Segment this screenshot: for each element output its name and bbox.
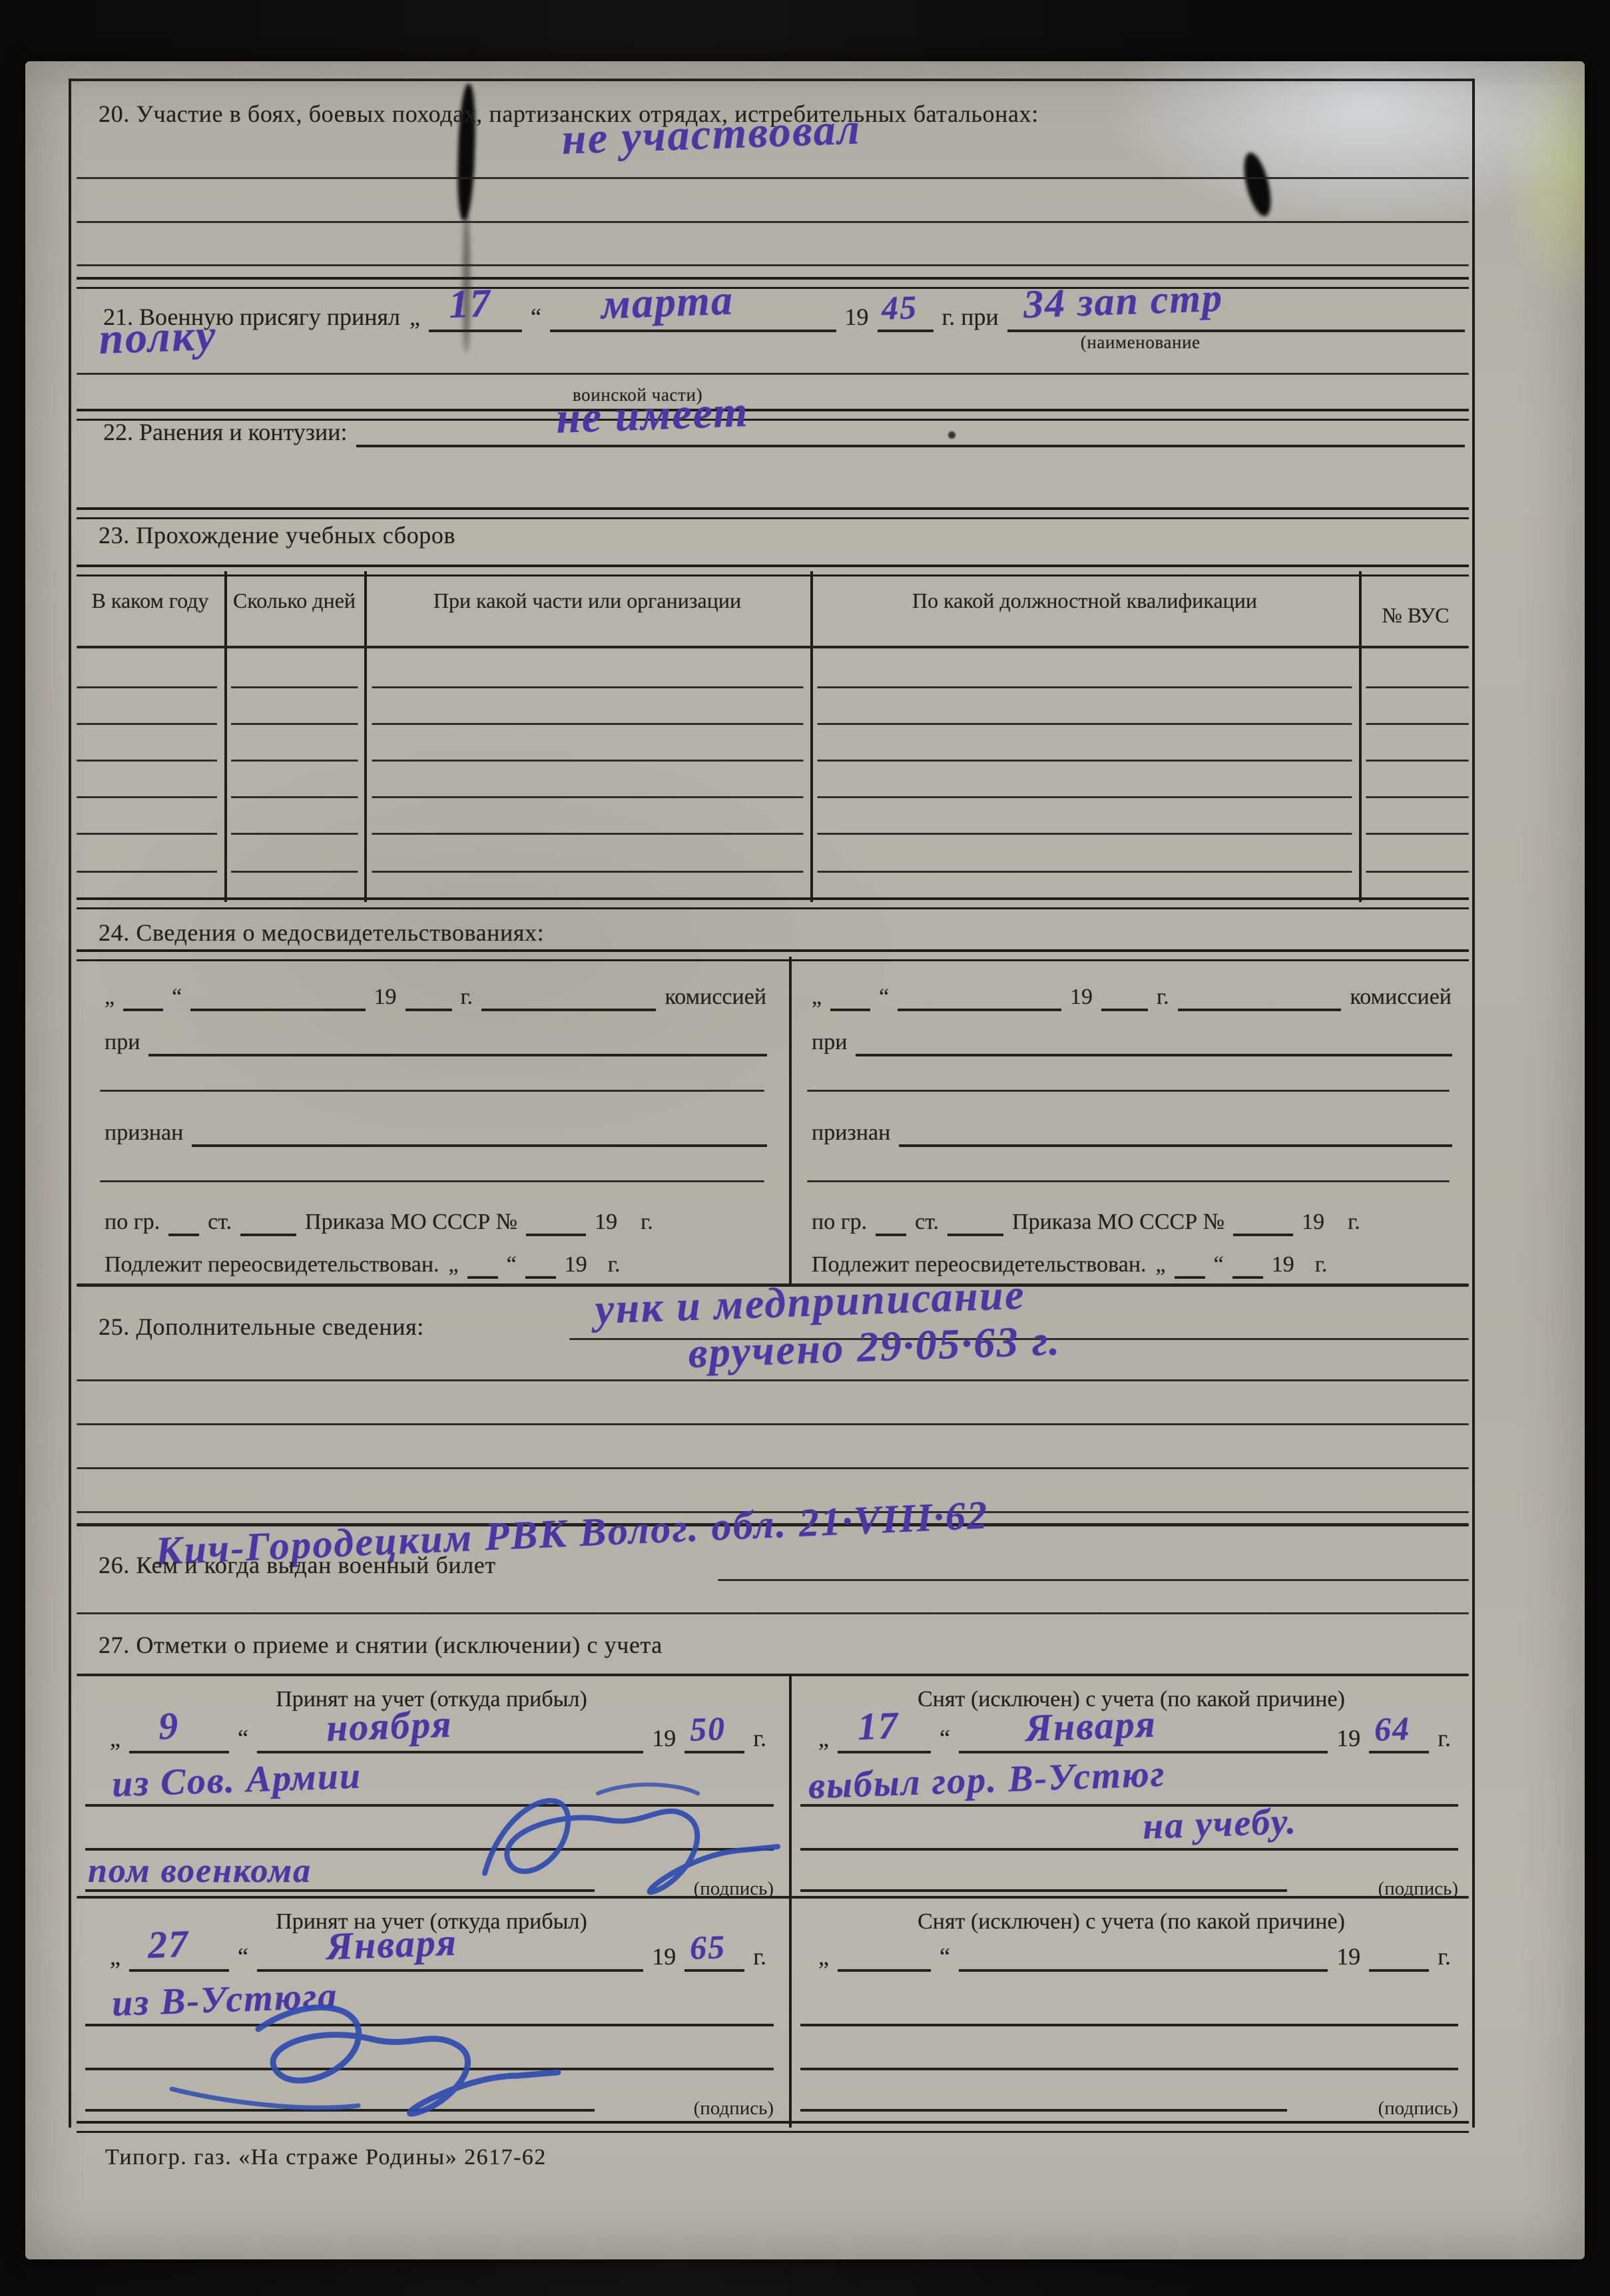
po-gr-label: по гр. [812, 1210, 867, 1236]
st-label: ст. [208, 1210, 232, 1236]
blank-line: не имеет [356, 438, 1465, 447]
blank [1178, 1002, 1342, 1011]
section-divider [77, 277, 1469, 289]
table-row-line [77, 833, 1469, 835]
blank-year: 45 [878, 323, 934, 332]
blank-month: марта [550, 323, 836, 332]
blank-month: ноября [257, 1744, 643, 1753]
year-prefix: 19 [1272, 1252, 1294, 1279]
quote-open: „ [818, 1943, 829, 1972]
g-label: г. [753, 1943, 766, 1972]
blank-month [959, 1962, 1328, 1972]
blank-day: 17 [838, 1744, 931, 1753]
handwritten-year: 45 [881, 288, 918, 328]
med-row-prikaz: по гр.ст.Приказа МО СССР №19г. [807, 1210, 1456, 1236]
quote-close: “ [939, 1943, 950, 1972]
table-top-border [77, 1674, 1469, 1676]
ruled-line [77, 1423, 1469, 1425]
col-header-vus: № ВУС [1361, 600, 1470, 630]
field-22-label: 22. Ранения и контузии: [103, 418, 348, 447]
field-20-handwriting: не участвовал [561, 104, 862, 165]
quote-close: “ [238, 1724, 248, 1753]
date-row: „ 9 “ ноября 19 50 г. [105, 1724, 771, 1753]
table-column-divider [810, 571, 813, 902]
year-prefix: 19 [374, 985, 397, 1011]
quote-close: “ [238, 1943, 248, 1972]
accept-cell-1965: Принят на учет (откуда прибыл) „ 27 “ Ян… [85, 1903, 778, 2117]
prikaz-label: Приказа МО СССР № [305, 1210, 517, 1236]
blank [405, 1002, 452, 1011]
table-center-divider [789, 1674, 792, 2128]
ruled-line [718, 1579, 1469, 1581]
blank [467, 1269, 498, 1279]
from-line: из В-Устюга [85, 1984, 774, 2026]
field-25-label: 25. Дополнительные сведения: [99, 1313, 424, 1341]
po-gr-label: по гр. [105, 1210, 160, 1236]
blank-line [807, 1180, 1450, 1182]
blank [898, 1002, 1061, 1011]
blank [240, 1227, 296, 1236]
komissiei-label: комиссией [665, 985, 766, 1011]
year-prefix: 19 [1336, 1724, 1360, 1753]
med-row-pri: при [807, 1030, 1456, 1056]
ruled-line [77, 1612, 1469, 1614]
g-label: г. [1438, 1724, 1451, 1753]
table-column-divider [224, 571, 227, 902]
quote-close: “ [172, 985, 182, 1011]
field-21-handwriting-2: полку [98, 310, 218, 365]
year-prefix: 19 [565, 1252, 587, 1279]
g-label: г. [461, 985, 473, 1011]
field-23-label: 23. Прохождение учебных сборов [99, 521, 455, 549]
blank [148, 1047, 767, 1056]
year-prefix: 19 [595, 1210, 617, 1236]
handwritten-day: 17 [448, 280, 492, 328]
table-bottom-border [77, 2121, 1469, 2133]
blank-year: 64 [1369, 1744, 1429, 1753]
handwritten-month: Января [326, 1920, 458, 1969]
g-label: г. [641, 1210, 653, 1236]
cell-header: Снят (исключен) с учета (по какой причин… [800, 1909, 1462, 1935]
form-border-right [1472, 79, 1475, 2128]
blank-year [1369, 1962, 1429, 1972]
field-24-label: 24. Сведения о медосвидетельствованиях: [99, 919, 544, 947]
blank-line [807, 1090, 1450, 1092]
g-label: г. [1157, 985, 1169, 1011]
year-prefix: 19 [1336, 1943, 1360, 1972]
med-row-pri: при [100, 1030, 771, 1056]
year-prefix: 19 [845, 303, 869, 332]
blank-unit: 34 зап стр (наименование [1007, 323, 1465, 332]
quote-close: “ [1214, 1252, 1224, 1279]
blank-month: Января [257, 1962, 643, 1972]
date-row: „ “ 19 г. [814, 1943, 1456, 1972]
year-prefix: 19 [652, 1724, 676, 1753]
table-row-line [77, 796, 1469, 798]
field-21-row: 21. Военную присягу принял „ 17 “ марта … [99, 303, 1469, 332]
ruled-line [77, 373, 1469, 375]
form-border-top [69, 79, 1475, 81]
handwritten-year: 65 [689, 1927, 726, 1967]
handwritten-day: 9 [158, 1703, 180, 1748]
signature-line [85, 1889, 595, 1892]
blank [481, 1002, 656, 1011]
med-row-date: „“19г.комиссией [100, 985, 771, 1011]
year-prefix: 19 [1070, 985, 1093, 1011]
handwritten-month: Января [1025, 1702, 1157, 1751]
ruled-line [77, 177, 1469, 179]
blank [525, 1269, 556, 1279]
blank-year: 65 [684, 1962, 744, 1972]
handwritten-reason: выбыл гор. В-Устюг [808, 1753, 1166, 1808]
blank [856, 1047, 1452, 1056]
priznan-label: признан [812, 1120, 890, 1147]
blank [526, 1227, 586, 1236]
podpis-label: (подпись) [694, 1878, 774, 1900]
quote-open: „ [409, 303, 420, 332]
quote-close: “ [939, 1724, 950, 1753]
med-row-prikaz: по гр.ст.Приказа МО СССР №19г. [100, 1210, 771, 1236]
ruled-line [77, 264, 1469, 266]
blank [899, 1138, 1452, 1147]
podpis-label: (подпись) [694, 2098, 774, 2120]
g-label: г. [753, 1724, 766, 1753]
quote-open: „ [818, 1724, 829, 1753]
table-bottom-border [77, 897, 1469, 909]
blank-line [100, 1180, 764, 1182]
blank [123, 1002, 163, 1011]
blank-line [100, 1090, 764, 1092]
med-row-date: „“19г.комиссией [807, 985, 1456, 1011]
priznan-label: признан [105, 1120, 183, 1147]
handwritten-month: марта [601, 276, 734, 330]
handwritten-day: 27 [147, 1921, 190, 1967]
section-divider [77, 507, 1469, 519]
blank-line [85, 2028, 774, 2070]
blank [168, 1227, 199, 1236]
med-row-podlezhit: Подлежит переосвидетельствован.„“19г. [100, 1252, 771, 1279]
ruled-line [77, 221, 1469, 223]
g-label: г. [608, 1252, 621, 1279]
handwritten-year: 50 [689, 1709, 726, 1749]
col-header-year: В каком году [79, 586, 222, 616]
signature-row: пом военкома (подпись) [85, 1851, 774, 1892]
col-header-unit: При какой части или организации [368, 586, 807, 616]
blank [192, 1138, 767, 1147]
podpis-label: (подпись) [1378, 1878, 1458, 1900]
quote-open: „ [449, 1252, 459, 1279]
quote-open: „ [110, 1943, 121, 1972]
blank-year: 50 [684, 1744, 744, 1753]
quote-close: “ [531, 303, 541, 332]
table-row-line [77, 871, 1469, 873]
blank-day: 27 [129, 1962, 229, 1972]
quote-open: „ [812, 985, 822, 1011]
form-border-left [69, 79, 71, 2128]
signature-line [800, 2109, 1287, 2112]
podlezhit-label: Подлежит переосвидетельствован. [105, 1252, 439, 1279]
blank [190, 1002, 365, 1011]
blank [1232, 1269, 1263, 1279]
pri-label: при [105, 1030, 140, 1056]
handwritten-year: 64 [1374, 1709, 1411, 1749]
table-row-line [77, 760, 1469, 762]
med-row-priznan: признан [807, 1120, 1456, 1147]
year-prefix: 19 [652, 1943, 676, 1972]
col-header-days: Сколько дней [228, 586, 361, 616]
prikaz-label: Приказа МО СССР № [1012, 1210, 1224, 1236]
handwritten-signer-title: пом военкома [88, 1851, 312, 1891]
remove-cell-1964: Снят (исключен) с учета (по какой причин… [800, 1680, 1462, 1895]
table-column-divider [364, 571, 367, 902]
podpis-label: (подпись) [1378, 2098, 1458, 2120]
date-row: „ 17 “ Января 19 64 г. [814, 1724, 1456, 1753]
blank-line [800, 1984, 1458, 2026]
handwritten-month: ноября [326, 1702, 453, 1751]
table-top-border [77, 565, 1469, 576]
from-line: из Сов. Армии [85, 1764, 774, 1807]
col-header-qualification: По какой должностной квалификации [814, 586, 1356, 616]
blank-day: 17 [429, 323, 522, 332]
g-pri-label: г. при [942, 303, 999, 332]
handwritten-unit: 34 зап стр [1023, 275, 1224, 328]
g-label: г. [1315, 1252, 1328, 1279]
print-shop-footer: Типогр. газ. «На страже Родины» 2617-62 [105, 2145, 547, 2170]
blank-line [85, 1808, 774, 1851]
field-27-label: 27. Отметки о приеме и снятии (исключени… [99, 1631, 663, 1659]
year-prefix: 19 [1302, 1210, 1324, 1236]
handwritten-reason-2: на учебу. [1142, 1800, 1298, 1848]
table-header-border [77, 646, 1469, 648]
blank-day: 9 [129, 1744, 229, 1753]
handwritten-origin: из Сов. Армии [111, 1754, 362, 1805]
st-label: ст. [915, 1210, 939, 1236]
signature-row: (подпись) [85, 2070, 774, 2112]
section-divider [77, 949, 1469, 961]
signature-row: (подпись) [800, 1851, 1458, 1892]
date-row: „ 27 “ Января 19 65 г. [105, 1943, 771, 1972]
note-naimenovanie: (наименование [1081, 332, 1201, 353]
med-center-divider [789, 957, 792, 1285]
blank [1233, 1227, 1293, 1236]
signature-line [85, 2109, 595, 2112]
quote-open: „ [110, 1724, 121, 1753]
quote-open: „ [1156, 1252, 1166, 1279]
blank [1101, 1002, 1148, 1011]
ruled-line [77, 1379, 1469, 1381]
quote-close: “ [507, 1252, 517, 1279]
blank-line [800, 2028, 1458, 2070]
blank [1175, 1269, 1205, 1279]
ruled-line [77, 1467, 1469, 1469]
pri-label: при [812, 1030, 847, 1056]
g-label: г. [1438, 1943, 1451, 1972]
table-row-line [77, 723, 1469, 725]
field-22-handwriting: не имеет [555, 387, 749, 444]
quote-open: „ [105, 985, 115, 1011]
reason-line: на учебу. [800, 1808, 1458, 1851]
g-label: г. [1348, 1210, 1360, 1236]
quote-close: “ [879, 985, 889, 1011]
scanned-military-id-page: 20. Участие в боях, боевых походах, парт… [0, 0, 1610, 2296]
blank [876, 1227, 906, 1236]
blank-month: Января [959, 1744, 1328, 1753]
blank [947, 1227, 1003, 1236]
handwritten-origin: из В-Устюга [111, 1974, 338, 2025]
blank [830, 1002, 870, 1011]
komissiei-label: комиссией [1350, 985, 1452, 1011]
med-row-priznan: признан [100, 1120, 771, 1147]
field-22-row: 22. Ранения и контузии: не имеет [99, 418, 1469, 447]
remove-cell-blank: Снят (исключен) с учета (по какой причин… [800, 1903, 1462, 2117]
handwritten-day: 17 [857, 1703, 900, 1749]
accept-cell-1950: Принят на учет (откуда прибыл) „ 9 “ ноя… [85, 1680, 778, 1895]
reason-line: выбыл гор. В-Устюг [800, 1764, 1458, 1807]
signature-line [800, 1889, 1287, 1892]
signature-row: (подпись) [800, 2070, 1458, 2112]
blank-day [838, 1962, 931, 1972]
table-row-line [77, 686, 1469, 688]
field-26-label: 26. Кем и когда выдан военный билет [99, 1551, 496, 1579]
